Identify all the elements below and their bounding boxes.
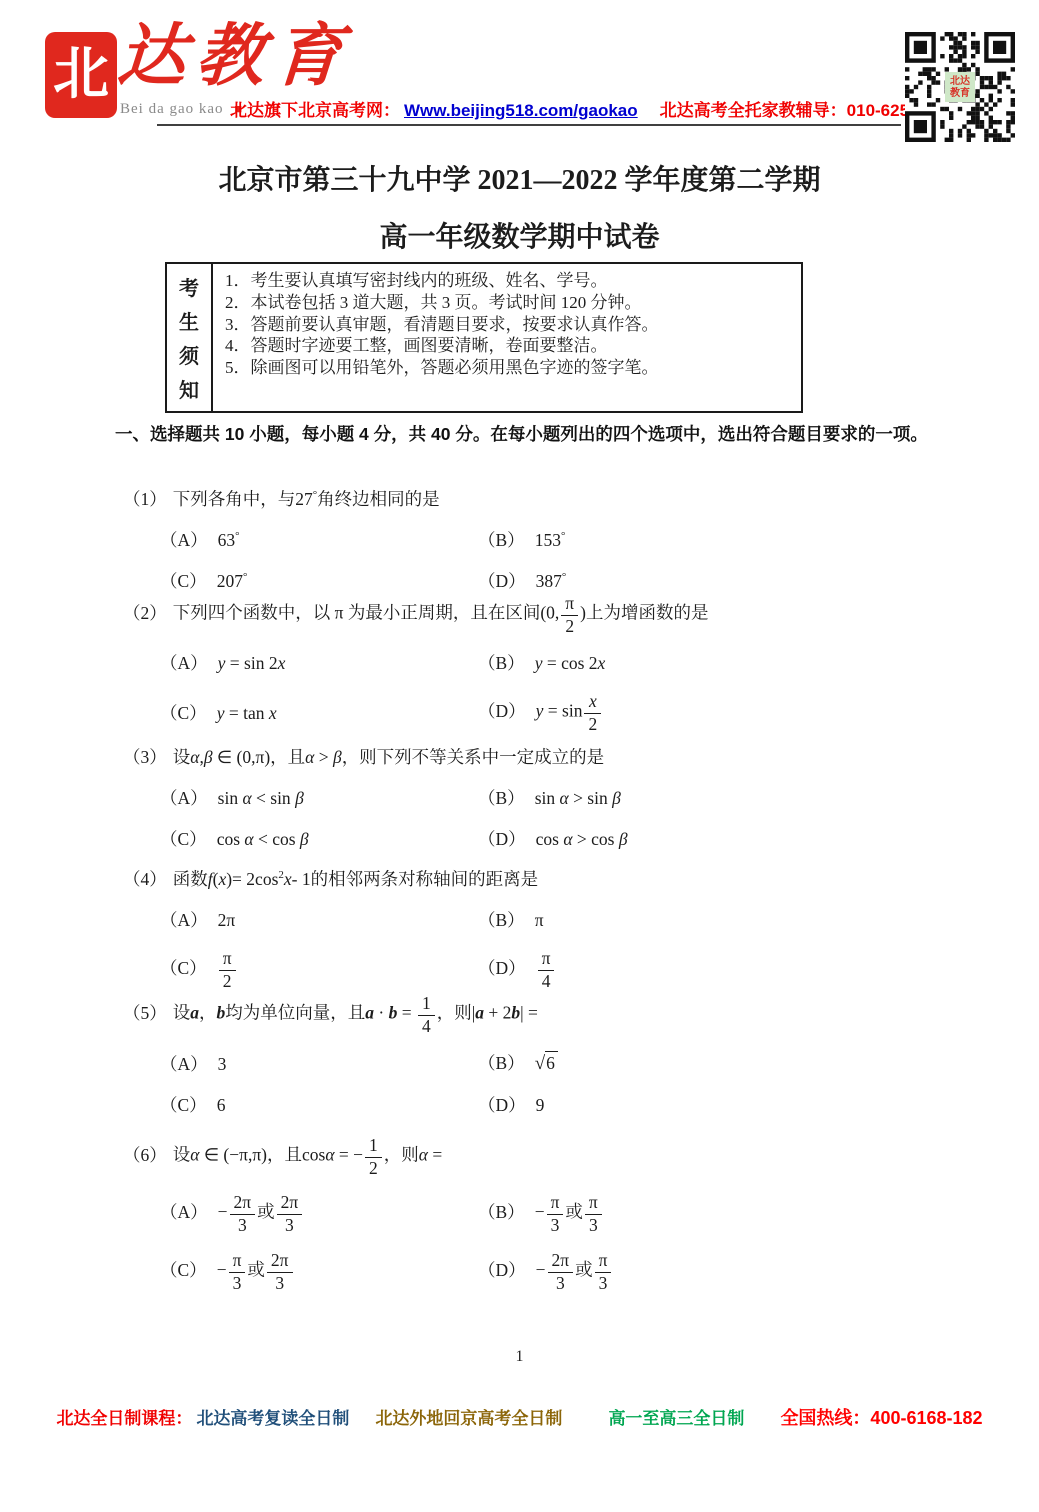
- math-run: 63: [218, 530, 236, 550]
- text-run: 函数: [173, 869, 208, 889]
- notice-label-char: 生: [179, 306, 199, 335]
- option: （D）π4: [478, 949, 938, 990]
- numerator: x: [584, 692, 601, 714]
- question: （4）函数f(x)= 2cos2x- 1的相邻两条对称轴间的距离是（A）2π（B…: [123, 866, 938, 990]
- math-run: −: [536, 1260, 546, 1280]
- math-var: β: [612, 788, 621, 808]
- question-stem: （5）设a，b均为单位向量，且a · b = 14，则|a + 2b| =: [123, 994, 938, 1035]
- math-vector: a: [365, 1003, 374, 1023]
- question: （6）设α ∈ (−π,π)，且cosα = −12，则α =（A）−2π3或2…: [123, 1136, 938, 1292]
- numerator: 2π: [277, 1193, 303, 1215]
- numerator: 1: [365, 1136, 382, 1158]
- question-number: （6）: [123, 1145, 167, 1165]
- notice-item: 5．除画图可以用铅笔外，答题必须用黑色字迹的签字笔。: [225, 357, 659, 379]
- question-number: （3）: [123, 747, 167, 767]
- logo-seal: 北: [45, 32, 117, 118]
- footer-course-grades: 高一至高三全日制: [608, 1409, 744, 1428]
- header-divider: [157, 124, 901, 126]
- option: （D）−2π3或π3: [478, 1251, 938, 1292]
- titles: 北京市第三十九中学 2021—2022 学年度第二学期 高一年级数学期中试卷: [0, 158, 1039, 255]
- fraction: π3: [585, 1193, 602, 1234]
- numerator: 2π: [230, 1193, 256, 1215]
- options: （A）sin α < sin β（B）sin α > sin β（C）cos α…: [160, 786, 938, 851]
- superscript: °: [243, 571, 247, 583]
- numerator: π: [219, 949, 236, 971]
- math-var: β: [204, 747, 213, 767]
- option: （C）207°: [160, 569, 478, 593]
- math-run: = cos 2: [542, 653, 597, 673]
- question-number: （1）: [123, 489, 167, 509]
- radical-icon: √: [535, 1053, 545, 1074]
- logo-subtitle-text: Bei da gao kao: [120, 101, 224, 117]
- math-run: =: [428, 1145, 442, 1165]
- math-var: β: [333, 747, 342, 767]
- footer-course-fulltime: 北达高考复读全日制: [196, 1409, 349, 1428]
- numerator: π: [547, 1193, 564, 1215]
- denominator: 3: [267, 1273, 293, 1293]
- option: （C）−π3或2π3: [160, 1251, 478, 1292]
- footer: 北达全日制课程：北达高考复读全日制北达外地回京高考全日制高一至高三全日制全国热线…: [0, 1404, 1039, 1430]
- footer-course-return: 北达外地回京高考全日制: [375, 1409, 562, 1428]
- text-run: 为最小正周期，且在区间: [348, 603, 541, 623]
- math-run: = tan: [224, 703, 268, 723]
- question: （5）设a，b均为单位向量，且a · b = 14，则|a + 2b| =（A）…: [123, 994, 938, 1117]
- numerator: 2π: [267, 1251, 293, 1273]
- math-var: α: [325, 1145, 334, 1165]
- math-var: x: [598, 653, 606, 673]
- text-run: ，且: [267, 1145, 302, 1165]
- fraction: π3: [229, 1251, 246, 1292]
- option: （D）cos α > cos β: [478, 827, 938, 851]
- text-run: 上为增函数的是: [586, 603, 709, 623]
- text-run: 角终边相同的是: [317, 489, 440, 509]
- math-run: = −: [335, 1145, 364, 1165]
- numerator: π: [561, 594, 578, 616]
- options: （A）y = sin 2x（B）y = cos 2x（C）y = tan x（D…: [160, 651, 938, 733]
- math-var: x: [284, 869, 292, 889]
- math-run: cos: [302, 1145, 325, 1165]
- math-run: ∈ (0,π): [213, 747, 271, 767]
- math-var: α: [563, 829, 572, 849]
- math-run: | =: [520, 1003, 538, 1023]
- svg-text:教育: 教育: [949, 86, 970, 99]
- fraction: 2π3: [548, 1251, 574, 1292]
- option: （C）y = tan x: [160, 701, 478, 725]
- math-var: x: [278, 653, 286, 673]
- option: （B）√6: [478, 1051, 938, 1076]
- math-run: −: [218, 1202, 228, 1222]
- question-stem: （2）下列四个函数中，以 π 为最小正周期，且在区间(0,π2)上为增函数的是: [123, 594, 938, 635]
- option: （B）153°: [478, 528, 938, 552]
- text-run: 设: [173, 1145, 191, 1165]
- notice-item: 4．答题时字迹要工整，画图要清晰，卷面要整洁。: [225, 335, 659, 357]
- question-stem: （1）下列各角中，与27°角终边相同的是: [123, 486, 938, 512]
- notice-box: 考 生 须 知 1．考生要认真填写密封线内的班级、姓名、学号。 2．本试卷包括 …: [165, 262, 803, 413]
- text-run: 下列四个函数中，以: [173, 603, 331, 623]
- option-label: （A）: [160, 788, 208, 808]
- option: （A）63°: [160, 528, 478, 552]
- math-run: 27: [295, 489, 313, 509]
- exam-title-line2: 高一年级数学期中试卷: [0, 215, 1039, 255]
- option: （B）sin α > sin β: [478, 786, 938, 810]
- radicand: 6: [545, 1051, 558, 1073]
- math-run: π: [535, 910, 544, 930]
- math-run: > sin: [569, 788, 612, 808]
- exam-title-line1: 北京市第三十九中学 2021—2022 学年度第二学期: [0, 158, 1039, 198]
- option: （C）6: [160, 1093, 478, 1117]
- math-run: −: [217, 1260, 227, 1280]
- denominator: 4: [538, 971, 555, 991]
- notice-items: 1．考生要认真填写密封线内的班级、姓名、学号。 2．本试卷包括 3 道大题，共 …: [213, 264, 669, 411]
- text-run: ，则下列不等关系中一定成立的是: [342, 747, 605, 767]
- page-number: 1: [0, 1348, 1039, 1366]
- text-run: 或: [565, 1202, 583, 1222]
- option-label: （D）: [478, 1095, 526, 1115]
- fraction: x2: [584, 692, 601, 733]
- text-run: ，则: [384, 1145, 419, 1165]
- fraction: π3: [547, 1193, 564, 1234]
- denominator: 3: [548, 1273, 574, 1293]
- denominator: 2: [584, 714, 601, 734]
- math-vector: b: [217, 1003, 226, 1023]
- option-label: （B）: [478, 1053, 525, 1073]
- math-var: α: [560, 788, 569, 808]
- numerator: π: [585, 1193, 602, 1215]
- text-run: 均为单位向量，且: [225, 1003, 365, 1023]
- options: （A）3（B）√6（C）6（D）9: [160, 1051, 938, 1117]
- option-label: （C）: [160, 958, 207, 978]
- notice-label-char: 知: [179, 374, 199, 403]
- option: （A）−2π3或2π3: [160, 1193, 478, 1234]
- math-var: β: [295, 788, 304, 808]
- logo-seal-char: 北: [53, 47, 109, 103]
- logo-subtitle: Bei da gao kao ■: [120, 101, 243, 118]
- option: （B）y = cos 2x: [478, 651, 938, 675]
- option-label: （C）: [160, 571, 207, 591]
- sqrt-expression: √6: [535, 1051, 558, 1076]
- notice-label-char: 须: [179, 340, 199, 369]
- gaokao-link[interactable]: Www.beijing518.com/gaokao: [404, 101, 638, 120]
- math-vector: a: [475, 1003, 484, 1023]
- notice-label: 考 生 须 知: [167, 264, 213, 411]
- math-var: α: [244, 829, 253, 849]
- option-label: （D）: [478, 701, 526, 721]
- option-label: （A）: [160, 653, 208, 673]
- math-run: sin: [218, 788, 243, 808]
- option: （C）cos α < cos β: [160, 827, 478, 851]
- text-run: 设: [173, 747, 191, 767]
- option-label: （B）: [478, 653, 525, 673]
- notice-item: 2．本试卷包括 3 道大题，共 3 页。考试时间 120 分钟。: [225, 292, 659, 314]
- options: （A）63°（B）153°（C）207°（D）387°: [160, 528, 938, 593]
- options: （A）−2π3或2π3（B）−π3或π3（C）−π3或2π3（D）−2π3或π3: [160, 1193, 938, 1292]
- option: （A）y = sin 2x: [160, 651, 478, 675]
- section-intro: 一、选择题共 10 小题，每小题 4 分，共 40 分。在每小题列出的四个选项中…: [115, 418, 930, 451]
- notice-item: 1．考生要认真填写密封线内的班级、姓名、学号。: [225, 270, 659, 292]
- text-run: ，且: [270, 747, 305, 767]
- denominator: 3: [277, 1215, 303, 1235]
- denominator: 2: [219, 971, 236, 991]
- denominator: 4: [418, 1016, 435, 1036]
- question-stem: （6）设α ∈ (−π,π)，且cosα = −12，则α =: [123, 1136, 938, 1177]
- option: （C）π2: [160, 949, 478, 990]
- text-run: 下列各角中，与: [173, 489, 296, 509]
- exam-page: 北 达教育 Bei da gao kao ■ 北达旗下北京高考网：Www.bei…: [0, 0, 1039, 1512]
- option-label: （C）: [160, 1260, 207, 1280]
- qr-code: 北达教育: [905, 32, 1015, 142]
- option-label: （C）: [160, 1095, 207, 1115]
- fraction: 12: [365, 1136, 382, 1177]
- question-stem: （3）设α,β ∈ (0,π)，且α > β，则下列不等关系中一定成立的是: [123, 744, 938, 770]
- math-var: α: [305, 747, 314, 767]
- fraction: π3: [595, 1251, 612, 1292]
- footer-courses-label: 北达全日制课程：: [56, 1409, 192, 1428]
- header-tagline: 北达旗下北京高考网：Www.beijing518.com/gaokao北达高考全…: [230, 96, 956, 121]
- logo-brand: 达教育: [116, 22, 355, 90]
- math-run: cos: [217, 829, 245, 849]
- option: （B）−π3或π3: [478, 1193, 938, 1234]
- math-run: - 1: [292, 869, 311, 889]
- math-run: 153: [535, 530, 561, 550]
- superscript: °: [562, 571, 566, 583]
- option: （D）9: [478, 1093, 938, 1117]
- option-label: （A）: [160, 1054, 208, 1074]
- math-run: 9: [536, 1095, 545, 1115]
- question-number: （5）: [123, 1003, 167, 1023]
- denominator: 3: [230, 1215, 256, 1235]
- option-label: （D）: [478, 1260, 526, 1280]
- option-label: （B）: [478, 788, 525, 808]
- math-run: >: [314, 747, 333, 767]
- math-var: α: [419, 1145, 428, 1165]
- math-run: < cos: [254, 829, 300, 849]
- question-stem: （4）函数f(x)= 2cos2x- 1的相邻两条对称轴间的距离是: [123, 866, 938, 892]
- text-run: ，: [199, 1003, 217, 1023]
- option-label: （B）: [478, 530, 525, 550]
- superscript: °: [235, 530, 239, 542]
- option-label: （B）: [478, 910, 525, 930]
- math-run: 207: [217, 571, 243, 591]
- option-label: （C）: [160, 829, 207, 849]
- fraction: 14: [418, 994, 435, 1035]
- option: （A）3: [160, 1052, 478, 1076]
- math-run: −: [535, 1202, 545, 1222]
- notice-item: 3．答题前要认真审题，看清题目要求，按要求认真作答。: [225, 314, 659, 336]
- text-run: 或: [247, 1260, 265, 1280]
- text-run: 的相邻两条对称轴间的距离是: [311, 869, 539, 889]
- option-label: （D）: [478, 958, 526, 978]
- option-label: （A）: [160, 1202, 208, 1222]
- footer-hotline: 全国热线：400-6168-182: [780, 1408, 982, 1428]
- denominator: 3: [229, 1273, 246, 1293]
- math-run: 3: [218, 1054, 227, 1074]
- math-var: β: [300, 829, 309, 849]
- math-var: α: [242, 788, 251, 808]
- text-run: ，则: [437, 1003, 472, 1023]
- fraction: π2: [219, 949, 236, 990]
- denominator: 3: [595, 1273, 612, 1293]
- numerator: 1: [418, 994, 435, 1016]
- math-run: + 2: [484, 1003, 511, 1023]
- option-label: （B）: [478, 1202, 525, 1222]
- math-run: π: [330, 603, 348, 623]
- option: （D）387°: [478, 569, 938, 593]
- question: （3）设α,β ∈ (0,π)，且α > β，则下列不等关系中一定成立的是（A）…: [123, 744, 938, 851]
- option: （A）2π: [160, 908, 478, 932]
- math-vector: b: [511, 1003, 520, 1023]
- option: （B）π: [478, 908, 938, 932]
- option-label: （D）: [478, 571, 526, 591]
- math-run: = sin: [543, 701, 582, 721]
- math-run: 6: [217, 1095, 226, 1115]
- numerator: 2π: [548, 1251, 574, 1273]
- question: （1）下列各角中，与27°角终边相同的是（A）63°（B）153°（C）207°…: [123, 486, 938, 593]
- option-label: （A）: [160, 530, 208, 550]
- question-number: （4）: [123, 869, 167, 889]
- math-run: > cos: [573, 829, 619, 849]
- denominator: 3: [585, 1215, 602, 1235]
- superscript: °: [561, 530, 565, 542]
- question: （2）下列四个函数中，以 π 为最小正周期，且在区间(0,π2)上为增函数的是（…: [123, 594, 938, 733]
- fraction: π2: [561, 594, 578, 635]
- option-label: （C）: [160, 703, 207, 723]
- denominator: 2: [561, 616, 578, 636]
- math-run: 387: [536, 571, 562, 591]
- math-var: x: [269, 703, 277, 723]
- option-label: （A）: [160, 910, 208, 930]
- option: （A）sin α < sin β: [160, 786, 478, 810]
- numerator: π: [229, 1251, 246, 1273]
- math-run: ·: [374, 1003, 389, 1023]
- options: （A）2π（B）π（C）π2（D）π4: [160, 908, 938, 990]
- option: （D）y = sinx2: [478, 692, 938, 733]
- notice-label-char: 考: [179, 272, 199, 301]
- math-run: cos: [536, 829, 564, 849]
- math-run: 2π: [218, 910, 236, 930]
- math-run: (0,: [540, 603, 559, 623]
- fraction: 2π3: [277, 1193, 303, 1234]
- text-run: 设: [173, 1003, 191, 1023]
- math-run: ∈ (−π,π): [199, 1145, 267, 1165]
- numerator: π: [595, 1251, 612, 1273]
- math-run: )= 2cos: [226, 869, 278, 889]
- denominator: 2: [365, 1158, 382, 1178]
- math-var: β: [619, 829, 628, 849]
- fraction: 2π3: [267, 1251, 293, 1292]
- denominator: 3: [547, 1215, 564, 1235]
- svg-text:北达: 北达: [950, 74, 970, 87]
- math-run: sin: [535, 788, 560, 808]
- text-run: 或: [575, 1260, 593, 1280]
- fraction: 2π3: [230, 1193, 256, 1234]
- option-label: （D）: [478, 829, 526, 849]
- numerator: π: [538, 949, 555, 971]
- fraction: π4: [538, 949, 555, 990]
- tagline-label1: 北达旗下北京高考网：: [230, 101, 400, 120]
- text-run: 或: [257, 1202, 275, 1222]
- question-number: （2）: [123, 603, 167, 623]
- math-run: = sin 2: [225, 653, 277, 673]
- math-run: =: [397, 1003, 416, 1023]
- math-vector: a: [190, 1003, 199, 1023]
- math-run: < sin: [252, 788, 295, 808]
